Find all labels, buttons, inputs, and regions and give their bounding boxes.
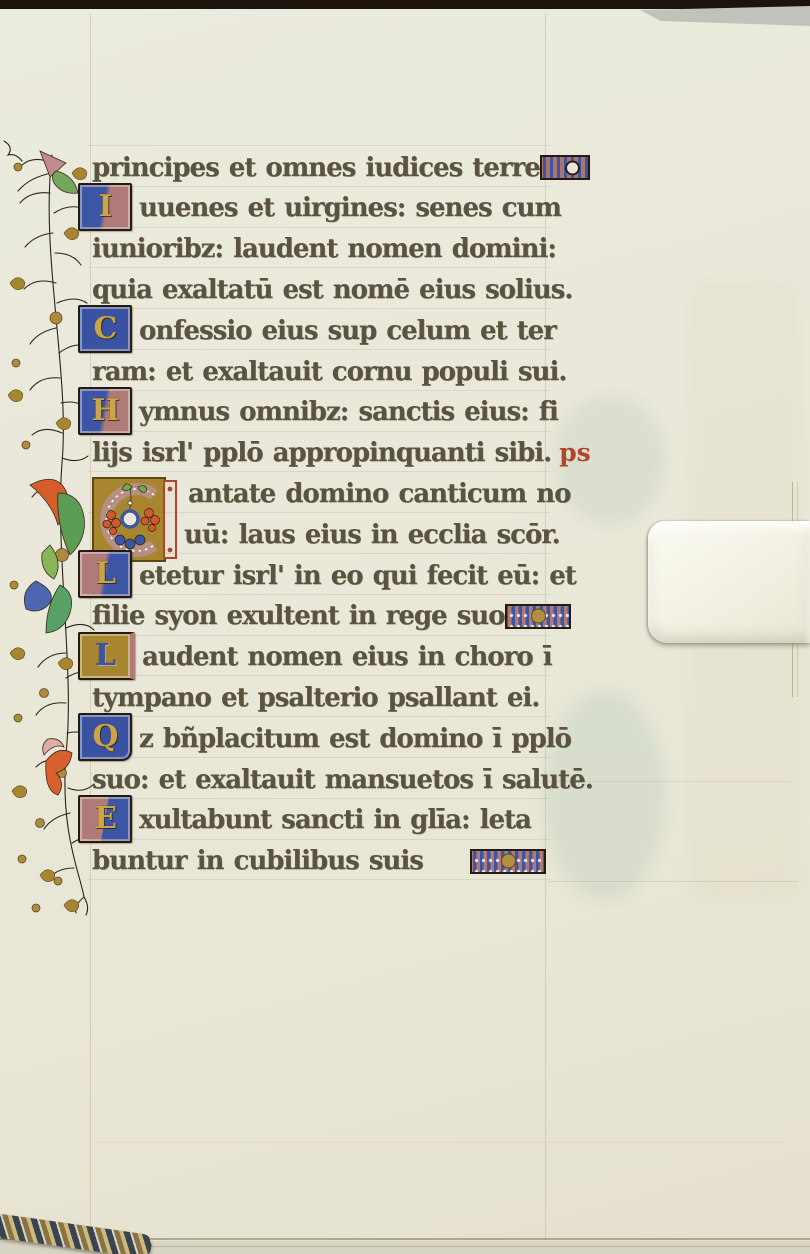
text-ruling-line bbox=[88, 879, 550, 880]
text-ruling-line bbox=[88, 716, 550, 717]
gothic-text: tympano et psalterio psallant ei. bbox=[92, 678, 539, 718]
text-line: principes et omnes iudices terre bbox=[92, 147, 548, 188]
gothic-text: uū: laus eius in ecclia scōr. bbox=[184, 515, 560, 555]
text-ruling-line bbox=[88, 798, 550, 799]
lower-crease-line bbox=[95, 1142, 785, 1143]
manuscript-photo: principes et omnes iudices terreIuuenes … bbox=[0, 0, 810, 1254]
illuminated-initial-L: L bbox=[78, 550, 132, 598]
text-ruling-line bbox=[88, 594, 550, 595]
text-ruling-line bbox=[88, 553, 550, 554]
text-line: buntur in cubilibus suis bbox=[92, 841, 548, 882]
gothic-text: filie syon exultent in rege suo bbox=[92, 596, 505, 636]
page-holder-clip bbox=[648, 521, 810, 643]
text-ruling-line bbox=[88, 512, 550, 513]
text-line: quia exaltatū est nomē eius solius. bbox=[92, 269, 548, 310]
gothic-text: uuenes et uirgines: senes cum bbox=[139, 188, 561, 228]
gothic-text: suo: et exaltauit mansuetos ī salutē. bbox=[92, 760, 593, 800]
illuminated-initial-H: H bbox=[78, 387, 132, 435]
text-line: Laudent nomen eius in choro ī bbox=[92, 637, 548, 678]
text-line: ram: et exaltauit cornu populi sui. bbox=[92, 351, 548, 392]
text-ruling-line bbox=[88, 839, 550, 840]
text-ruling-line bbox=[88, 757, 550, 758]
illuminated-initial-E: E bbox=[78, 795, 132, 843]
text-ruling-line bbox=[88, 390, 550, 391]
gothic-text: ram: et exaltauit cornu populi sui. bbox=[92, 352, 566, 392]
text-line: Iuuenes et uirgines: senes cum bbox=[92, 188, 548, 229]
text-ruling-line bbox=[88, 186, 550, 187]
text-ruling-line bbox=[88, 267, 550, 268]
text-line: Exultabunt sancti in glīa: leta bbox=[92, 800, 548, 841]
text-ruling-line bbox=[88, 227, 550, 228]
gothic-text: antate domino canticum no bbox=[188, 474, 570, 514]
text-ruling-line bbox=[88, 635, 550, 636]
line-filler-ornament bbox=[505, 604, 571, 629]
gothic-text: lijs isrl' pplō appropinquanti sibi. bbox=[92, 433, 551, 473]
line-filler-ornament bbox=[540, 155, 590, 180]
text-line: Hymnus omnibz: sanctis eius: fi bbox=[92, 392, 548, 433]
text-ruling-line bbox=[88, 675, 550, 676]
gothic-text: ymnus omnibz: sanctis eius: fi bbox=[139, 392, 558, 432]
text-ruling-line bbox=[88, 308, 550, 309]
text-line: lijs isrl' pplō appropinquanti sibi.ps bbox=[92, 433, 548, 474]
text-ruling-line bbox=[88, 431, 550, 432]
gothic-text: onfessio eius sup celum et ter bbox=[139, 311, 556, 351]
text-ruling-line bbox=[88, 349, 550, 350]
gothic-text: audent nomen eius in choro ī bbox=[142, 637, 552, 677]
page-bottom-edge bbox=[60, 1246, 810, 1247]
gothic-text: etetur isrl' in eo qui fecit eū: et bbox=[139, 556, 576, 596]
gothic-text: xultabunt sancti in glīa: leta bbox=[139, 800, 531, 840]
illuminated-initial-C: C bbox=[78, 305, 132, 353]
text-ruling-line bbox=[88, 145, 550, 146]
illuminated-initial-I: I bbox=[78, 183, 132, 231]
text-line: iunioribz: laudent nomen domini: bbox=[92, 229, 548, 270]
text-line: antate domino canticum no bbox=[92, 473, 644, 514]
line-filler-ornament bbox=[470, 849, 546, 874]
gothic-text: principes et omnes iudices terre bbox=[92, 148, 540, 188]
illuminated-initial-Q: Q bbox=[78, 713, 132, 761]
illuminated-initial-L: L bbox=[78, 632, 135, 680]
text-line: Letetur isrl' in eo qui fecit eū: et bbox=[92, 555, 548, 596]
gothic-text: iunioribz: laudent nomen domini: bbox=[92, 229, 556, 269]
text-ruling-line bbox=[88, 471, 550, 472]
text-line: Qz bñplacitum est domino ī pplō bbox=[92, 718, 548, 759]
text-line: uū: laus eius in ecclia scōr. bbox=[92, 514, 640, 555]
gothic-text: z bñplacitum est domino ī pplō bbox=[139, 719, 571, 759]
text-line: suo: et exaltauit mansuetos ī salutē. bbox=[92, 759, 548, 800]
text-line: filie syon exultent in rege suo bbox=[92, 596, 548, 637]
psalm-rubric-marker: ps bbox=[559, 433, 591, 473]
text-line: Confessio eius sup celum et ter bbox=[92, 310, 548, 351]
gothic-text: buntur in cubilibus suis bbox=[92, 841, 423, 881]
text-line: tympano et psalterio psallant ei. bbox=[92, 677, 548, 718]
binding-top-edge bbox=[0, 0, 810, 9]
gothic-text: quia exaltatū est nomē eius solius. bbox=[92, 270, 572, 310]
